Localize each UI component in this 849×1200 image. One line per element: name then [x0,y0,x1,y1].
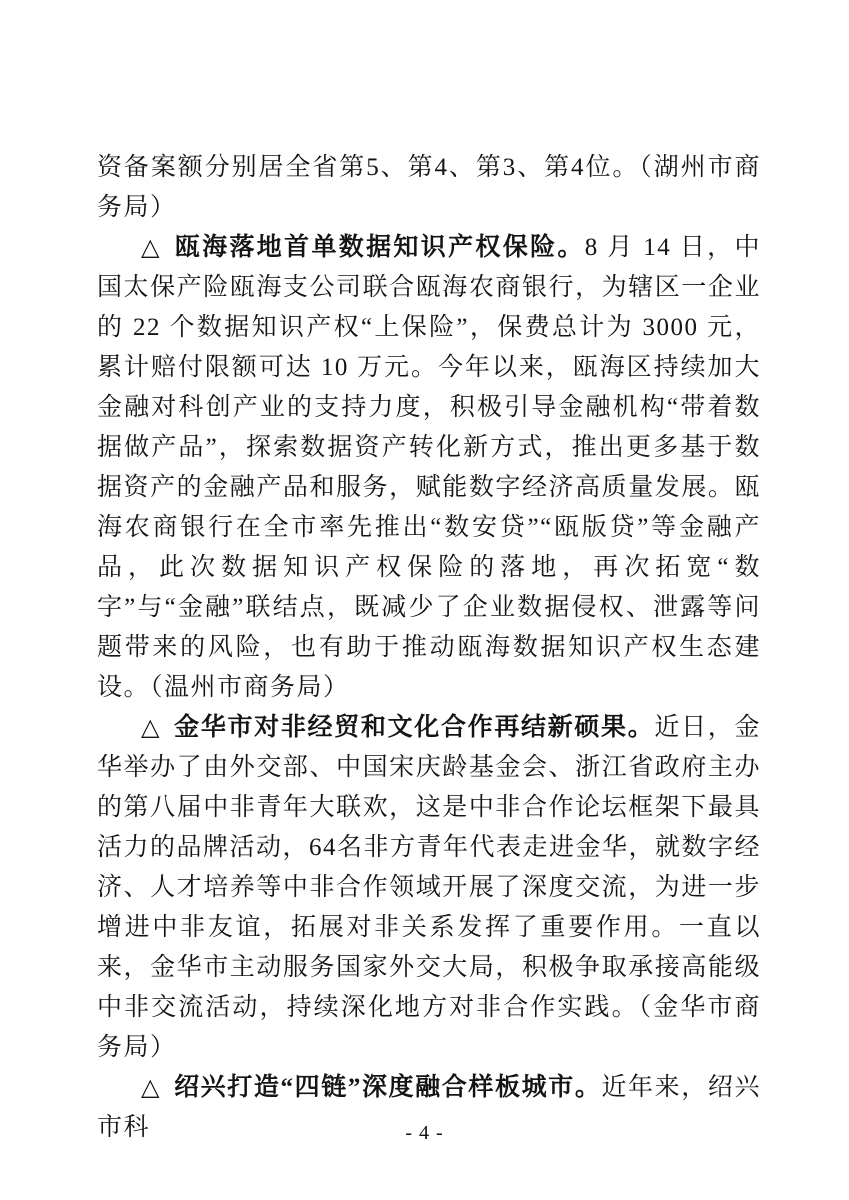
item-body: 8 月 14 日，中国太保产险瓯海支公司联合瓯海农商银行，为辖区一企业的 22 … [97,234,761,701]
item-heading: 瓯海落地首单数据知识产权保险。 [175,234,585,261]
triangle-marker-icon: △ [141,715,161,741]
page-number: - 4 - [0,1122,849,1145]
item-heading: 金华市对非经贸和文化合作再结新硕果。 [174,714,654,741]
item-body: 近日，金华举办了由外交部、中国宋庆龄基金会、浙江省政府主办的第八届中非青年大联欢… [97,714,761,1061]
item-heading: 绍兴打造“四链”深度融合样板城市。 [174,1074,601,1101]
document-body: 资备案额分别居全省第5、第4、第3、第4位。（湖州市商务局） △瓯海落地首单数据… [97,148,761,1148]
bulletin-item-ouhai: △瓯海落地首单数据知识产权保险。8 月 14 日，中国太保产险瓯海支公司联合瓯海… [97,228,761,708]
triangle-marker-icon: △ [141,1075,161,1101]
bulletin-item-jinhua: △金华市对非经贸和文化合作再结新硕果。近日，金华举办了由外交部、中国宋庆龄基金会… [97,708,761,1068]
paragraph-continuation: 资备案额分别居全省第5、第4、第3、第4位。（湖州市商务局） [97,148,761,228]
triangle-marker-icon: △ [141,235,162,261]
